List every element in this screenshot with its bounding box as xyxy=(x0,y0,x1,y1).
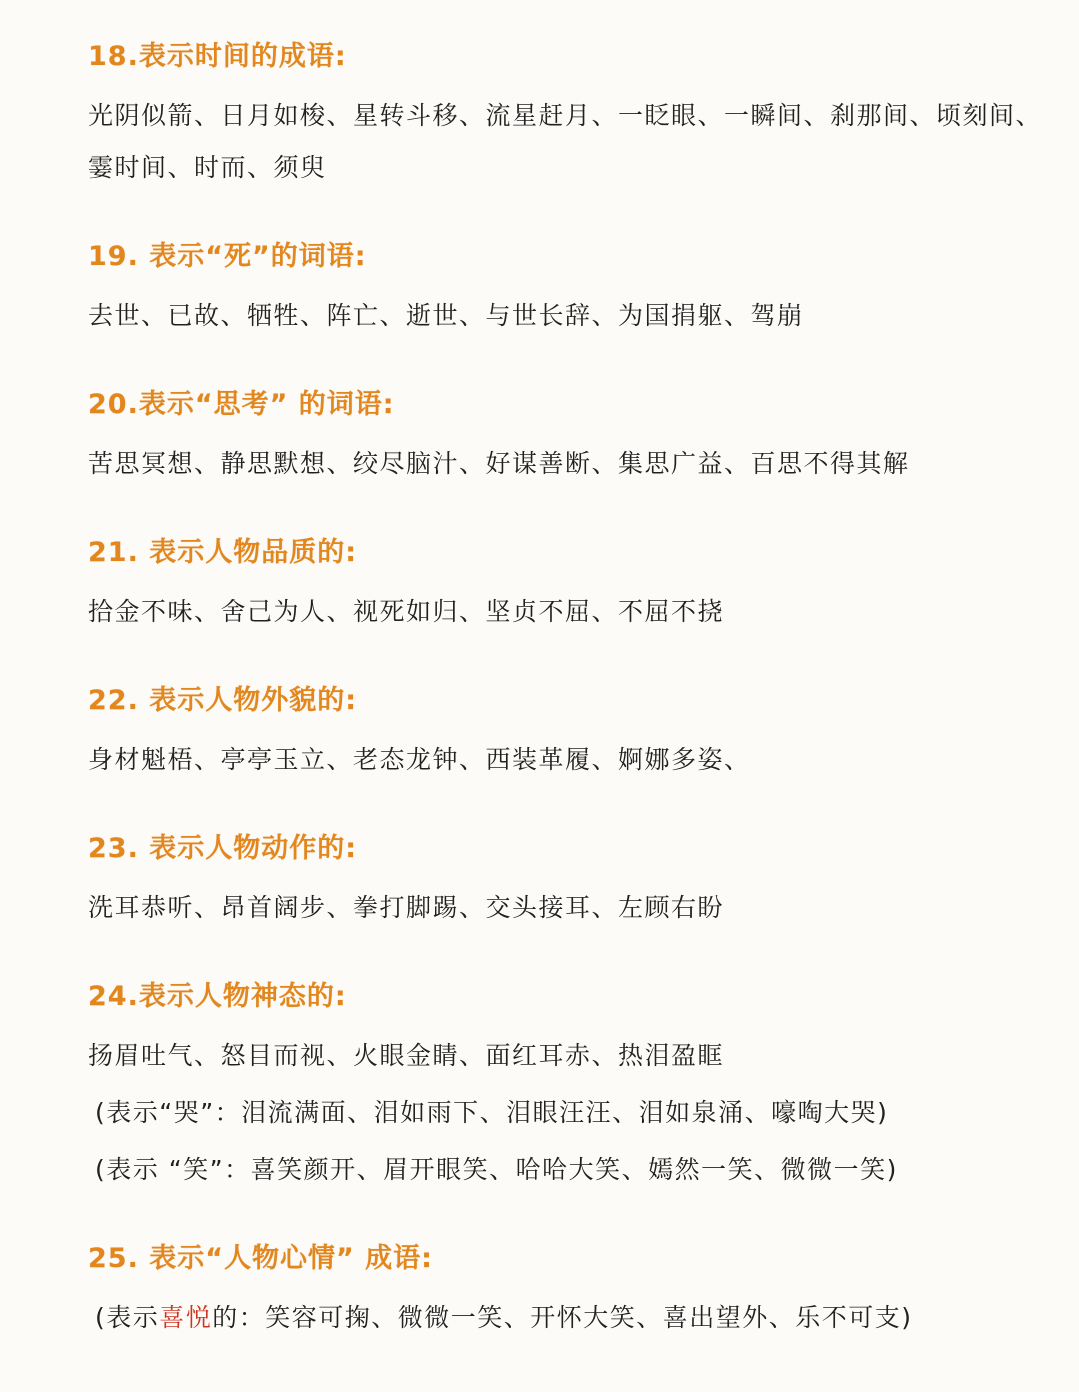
section-19-words: 去世、已故、牺牲、阵亡、逝世、与世长辞、为国捐躯、驾崩 xyxy=(88,290,1051,342)
section-25-mood-idioms: 25. 表示“人物心情” 成语: (表示喜悦的：笑容可掬、微微一笑、开怀大笑、喜… xyxy=(88,1242,1051,1344)
section-18-heading: 18.表示时间的成语: xyxy=(88,40,1051,74)
section-20-words: 苦思冥想、静思默想、绞尽脑汁、好谋善断、集思广益、百思不得其解 xyxy=(88,438,1051,490)
section-25-words: (表示喜悦的：笑容可掬、微微一笑、开怀大笑、喜出望外、乐不可支) xyxy=(88,1292,1051,1344)
section-24-laughing-note: (表示 “笑”：喜笑颜开、眉开眼笑、哈哈大笑、嫣然一笑、微微一笑) xyxy=(88,1144,1051,1196)
section-25-words-suffix: 的：笑容可掬、微微一笑、开怀大笑、喜出望外、乐不可支) xyxy=(212,1303,912,1332)
section-19-heading: 19. 表示“死”的词语: xyxy=(88,240,1051,274)
section-22-appearance-words: 22. 表示人物外貌的: 身材魁梧、亭亭玉立、老态龙钟、西装革履、婀娜多姿、 xyxy=(88,684,1051,786)
section-22-heading: 22. 表示人物外貌的: xyxy=(88,684,1051,718)
section-18-words: 光阴似箭、日月如梭、星转斗移、流星赶月、一眨眼、一瞬间、刹那间、顷刻间、霎时间、… xyxy=(88,90,1051,194)
section-22-words: 身材魁梧、亭亭玉立、老态龙钟、西装革履、婀娜多姿、 xyxy=(88,734,1051,786)
section-21-words: 拾金不味、舍己为人、视死如归、坚贞不屈、不屈不挠 xyxy=(88,586,1051,638)
section-19-death-words: 19. 表示“死”的词语: 去世、已故、牺牲、阵亡、逝世、与世长辞、为国捐躯、驾… xyxy=(88,240,1051,342)
section-25-joy-highlight: 喜悦 xyxy=(159,1303,212,1332)
section-20-heading: 20.表示“思考” 的词语: xyxy=(88,388,1051,422)
section-23-heading: 23. 表示人物动作的: xyxy=(88,832,1051,866)
idiom-study-sheet: 18.表示时间的成语: 光阴似箭、日月如梭、星转斗移、流星赶月、一眨眼、一瞬间、… xyxy=(0,0,1079,1392)
section-18-time-idioms: 18.表示时间的成语: 光阴似箭、日月如梭、星转斗移、流星赶月、一眨眼、一瞬间、… xyxy=(88,40,1051,194)
section-24-words: 扬眉吐气、怒目而视、火眼金睛、面红耳赤、热泪盈眶 xyxy=(88,1030,1051,1082)
section-23-action-words: 23. 表示人物动作的: 洗耳恭听、昂首阔步、拳打脚踢、交头接耳、左顾右盼 xyxy=(88,832,1051,934)
section-23-words: 洗耳恭听、昂首阔步、拳打脚踢、交头接耳、左顾右盼 xyxy=(88,882,1051,934)
section-21-heading: 21. 表示人物品质的: xyxy=(88,536,1051,570)
section-24-heading: 24.表示人物神态的: xyxy=(88,980,1051,1014)
section-21-character-quality-words: 21. 表示人物品质的: 拾金不味、舍己为人、视死如归、坚贞不屈、不屈不挠 xyxy=(88,536,1051,638)
section-25-words-prefix: (表示 xyxy=(95,1303,159,1332)
section-24-crying-note: (表示“哭”：泪流满面、泪如雨下、泪眼汪汪、泪如泉涌、嚎啕大哭) xyxy=(88,1087,1051,1139)
section-20-thinking-words: 20.表示“思考” 的词语: 苦思冥想、静思默想、绞尽脑汁、好谋善断、集思广益、… xyxy=(88,388,1051,490)
section-24-expression-words: 24.表示人物神态的: 扬眉吐气、怒目而视、火眼金睛、面红耳赤、热泪盈眶 (表示… xyxy=(88,980,1051,1196)
section-25-heading: 25. 表示“人物心情” 成语: xyxy=(88,1242,1051,1276)
